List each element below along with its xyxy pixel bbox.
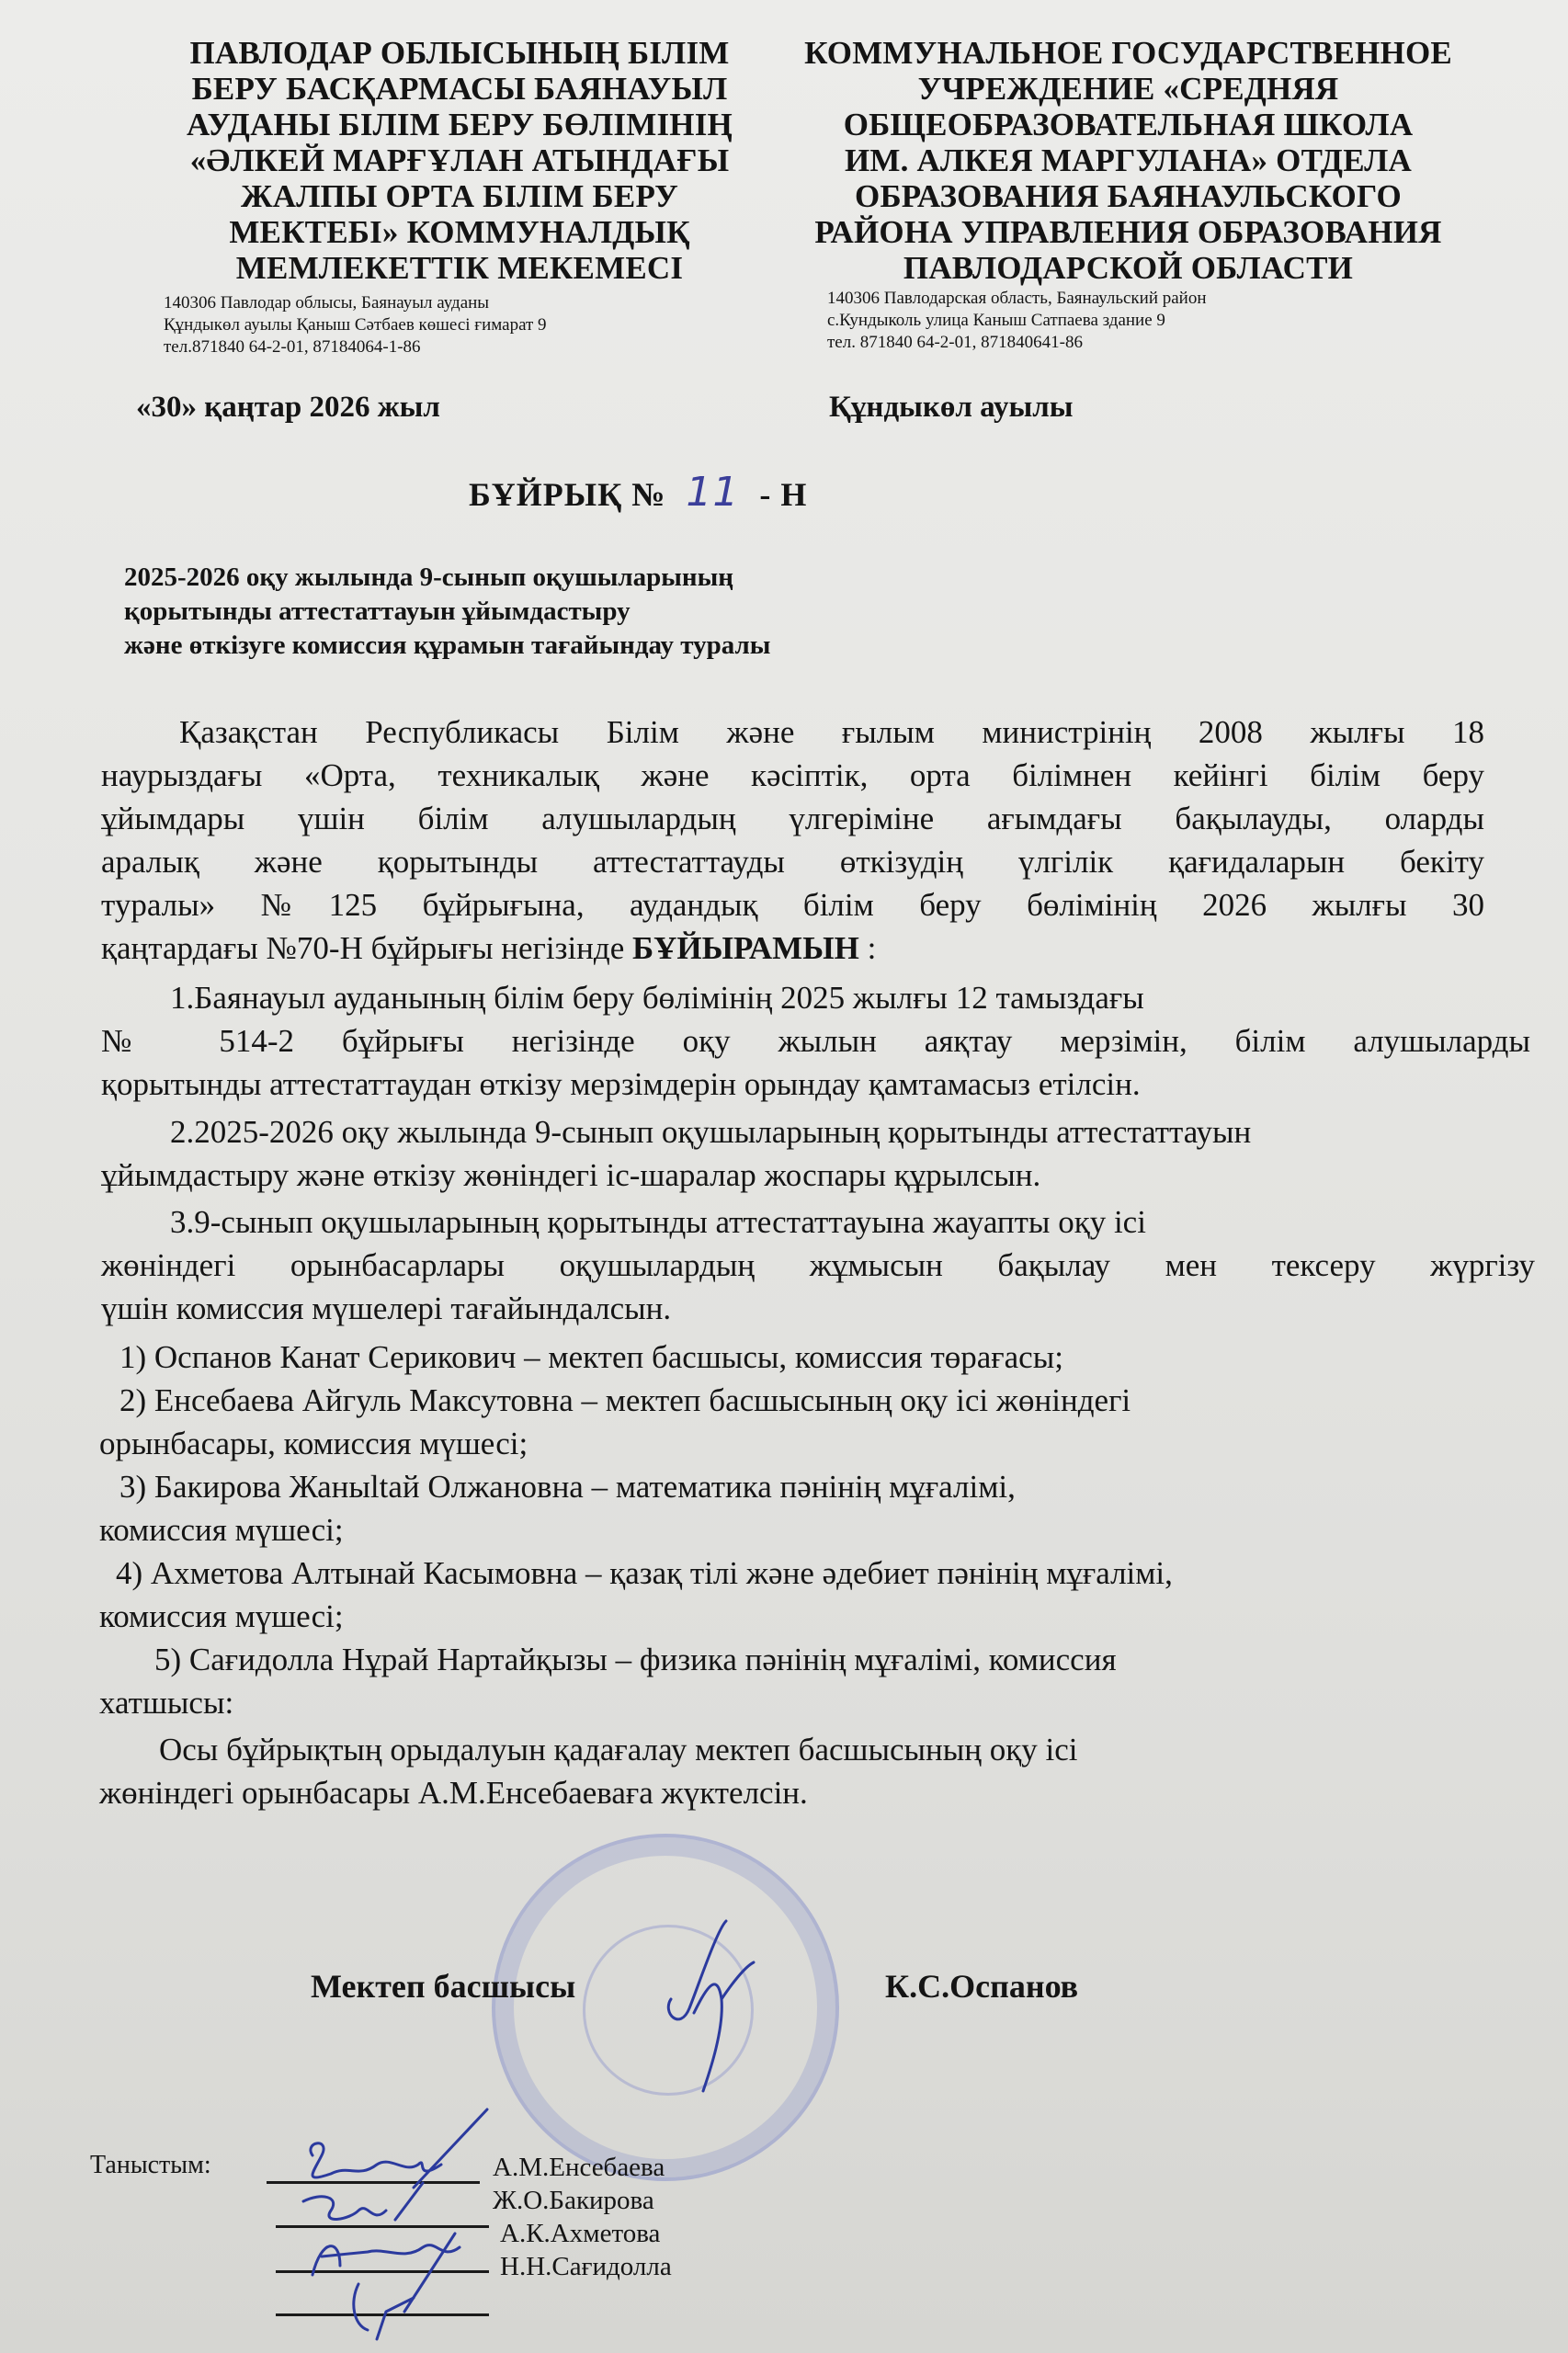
preamble-last-line: қаңтардағы №70-Н бұйрығы негізінде БҰЙЫР… <box>101 926 1484 970</box>
item-2: 2.2025-2026 оқу жылында 9-сынып оқушылар… <box>101 1110 1530 1197</box>
address-line: с.Кундыколь улица Каныш Сатпаева здание … <box>827 310 1207 332</box>
header-kz-line: АУДАНЫ БІЛІМ БЕРУ БӨЛІМІНІҢ <box>138 107 781 142</box>
order-date: «30» қаңтар 2026 жыл <box>136 391 440 425</box>
item-line: 2.2025-2026 оқу жылында 9-сынып оқушылар… <box>101 1110 1530 1154</box>
header-ru-line: ОБРАЗОВАНИЯ БАЯНАУЛЬСКОГО <box>786 178 1471 214</box>
order-title-label: БҰЙРЫҚ № <box>469 476 665 513</box>
address-russian: 140306 Павлодарская область, Баянаульски… <box>827 288 1207 354</box>
preamble-text: қаңтардағы №70-Н бұйрығы негізінде <box>101 930 632 966</box>
ack-name: Н.Н.Сағидолла <box>493 2250 672 2283</box>
header-kz-line: МЕКТЕБІ» КОММУНАЛДЫҚ <box>138 214 781 250</box>
item-line: қорытынды аттестаттаудан өткізу мерзімде… <box>101 1063 1530 1106</box>
item-line: 3.9-сынып оқушыларының қорытынды аттеста… <box>101 1200 1535 1244</box>
acknowledged-label: Таныстым: <box>90 2151 211 2180</box>
header-ru-line: УЧРЕЖДЕНИЕ «СРЕДНЯЯ <box>786 71 1471 107</box>
preamble-line: Қазақстан Республикасы Білім және ғылым … <box>101 710 1484 754</box>
closing-paragraph: Осы бұйрықтың орыдалуын қадағалау мектеп… <box>99 1728 1533 1814</box>
closing-line: Осы бұйрықтың орыдалуын қадағалау мектеп… <box>99 1728 1533 1771</box>
address-kazakh: 140306 Павлодар облысы, Баянауыл ауданы … <box>164 292 547 358</box>
header-kz-line: МЕМЛЕКЕТТІК МЕКЕМЕСІ <box>138 250 781 286</box>
order-number-handwritten: 11 <box>686 469 739 516</box>
address-line: Құндыкөл ауылы Қаныш Сәтбаев көшесі ғима… <box>164 314 547 336</box>
address-line: 140306 Павлодарская область, Баянаульски… <box>827 288 1207 310</box>
ack-names: А.М.Енсебаева Ж.О.Бакирова А.К.Ахметова … <box>493 2151 672 2283</box>
item-line: 1.Баянауыл ауданының білім беру бөліміні… <box>101 976 1530 1019</box>
header-kz-line: ЖАЛПЫ ОРТА БІЛІМ БЕРУ <box>138 178 781 214</box>
signature-name: К.С.Оспанов <box>885 1967 1078 2006</box>
member-line: 5) Сағидолла Нұрай Нартайқызы – физика п… <box>99 1638 1533 1681</box>
subject-line: 2025-2026 оқу жылында 9-сынып оқушыларын… <box>124 561 770 595</box>
commission-members: 1) Оспанов Канат Серикович – мектеп басш… <box>99 1336 1533 1724</box>
subject-line: қорытынды аттестаттауын ұйымдастыру <box>124 595 770 629</box>
member-line: хатшысы: <box>99 1681 1533 1724</box>
header-ru-line: ИМ. АЛКЕЯ МАРГУЛАНА» ОТДЕЛА <box>786 142 1471 178</box>
header-ru-line: ПАВЛОДАРСКОЙ ОБЛАСТИ <box>786 250 1471 286</box>
address-line: 140306 Павлодар облысы, Баянауыл ауданы <box>164 292 547 314</box>
header-kazakh: ПАВЛОДАР ОБЛЫСЫНЫҢ БІЛІМ БЕРУ БАСҚАРМАСЫ… <box>138 35 781 286</box>
item-line: үшін комиссия мүшелері тағайындалсын. <box>101 1287 1535 1330</box>
header-ru-line: КОММУНАЛЬНОЕ ГОСУДАРСТВЕННОЕ <box>786 35 1471 71</box>
signature-position: Мектеп басшысы <box>311 1967 575 2006</box>
header-kz-line: «ӘЛКЕЙ МАРҒҰЛАН АТЫНДАҒЫ <box>138 142 781 178</box>
item-line: № 514-2 бұйрығы негізінде оқу жылын аяқт… <box>101 1019 1530 1063</box>
member-line: орынбасары, комиссия мүшесі; <box>99 1422 1533 1465</box>
address-line: тел.871840 64-2-01, 87184064-1-86 <box>164 336 547 358</box>
ack-name: Ж.О.Бакирова <box>493 2184 672 2217</box>
order-subject: 2025-2026 оқу жылында 9-сынып оқушыларын… <box>124 561 770 663</box>
preamble-line: туралы» №125 бұйрығына, аудандық білім б… <box>101 883 1484 926</box>
member-line: комиссия мүшесі; <box>99 1595 1533 1638</box>
ack-name: А.К.Ахметова <box>493 2217 672 2250</box>
header-russian: КОММУНАЛЬНОЕ ГОСУДАРСТВЕННОЕ УЧРЕЖДЕНИЕ … <box>786 35 1471 286</box>
header-ru-line: РАЙОНА УПРАВЛЕНИЯ ОБРАЗОВАНИЯ <box>786 214 1471 250</box>
item-line: жөніндегі орынбасарлары оқушылардың жұмы… <box>101 1244 1535 1287</box>
item-line: ұйымдастыру және өткізу жөніндегі іс-шар… <box>101 1154 1530 1197</box>
director-signature-icon <box>653 1912 763 2096</box>
header-ru-line: ОБЩЕОБРАЗОВАТЕЛЬНАЯ ШКОЛА <box>786 107 1471 142</box>
address-line: тел. 871840 64-2-01, 871840641-86 <box>827 332 1207 354</box>
item-1: 1.Баянауыл ауданының білім беру бөліміні… <box>101 976 1530 1106</box>
closing-line: жөніндегі орынбасары А.М.Енсебаеваға жүк… <box>99 1771 1533 1814</box>
command-tail: : <box>859 930 876 966</box>
member-line: 1) Оспанов Канат Серикович – мектеп басш… <box>99 1336 1533 1379</box>
member-line: 2) Енсебаева Айгуль Максутовна – мектеп … <box>99 1379 1533 1422</box>
order-place: Құндыкөл ауылы <box>829 391 1074 425</box>
order-document: ПАВЛОДАР ОБЛЫСЫНЫҢ БІЛІМ БЕРУ БАСҚАРМАСЫ… <box>0 0 1568 2353</box>
member-line: 3) Бакирова Жаныltай Олжановна – математ… <box>99 1465 1533 1508</box>
preamble-line: наурыздағы «Орта, техникалық және кәсіпт… <box>101 754 1484 797</box>
subject-line: және өткізуге комиссия құрамын тағайында… <box>124 629 770 663</box>
command-word: БҰЙЫРАМЫН <box>632 930 859 966</box>
order-suffix: - Н <box>759 476 807 513</box>
preamble: Қазақстан Республикасы Білім және ғылым … <box>101 710 1484 970</box>
preamble-line: аралық және қорытынды аттестаттауды өткі… <box>101 840 1484 883</box>
item-3: 3.9-сынып оқушыларының қорытынды аттеста… <box>101 1200 1535 1330</box>
header-kz-line: БЕРУ БАСҚАРМАСЫ БАЯНАУЫЛ <box>138 71 781 107</box>
member-line: 4) Ахметова Алтынай Касымовна – қазақ ті… <box>99 1552 1533 1595</box>
order-title: БҰЙРЫҚ №11- Н <box>469 469 807 516</box>
member-line: комиссия мүшесі; <box>99 1508 1533 1552</box>
ack-name: А.М.Енсебаева <box>493 2151 672 2184</box>
header-kz-line: ПАВЛОДАР ОБЛЫСЫНЫҢ БІЛІМ <box>138 35 781 71</box>
preamble-line: ұйымдары үшін білім алушылардың үлгерімі… <box>101 797 1484 840</box>
